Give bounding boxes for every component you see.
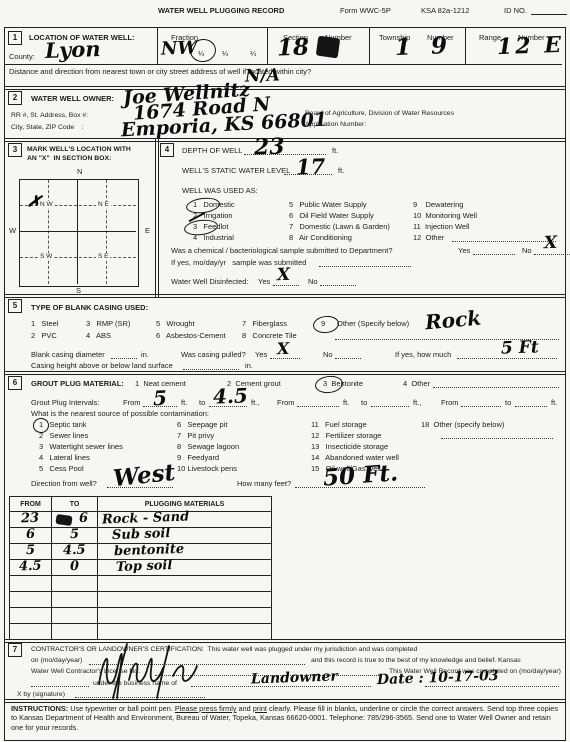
used-as-label: WELL WAS USED AS: [182, 187, 258, 195]
material-cell: Sub soil [112, 527, 171, 543]
casing-other-value: Rock [424, 308, 482, 333]
depth-value: 23 [254, 135, 285, 158]
table-row [10, 608, 272, 624]
contamination-item: 10 Livestock pens [177, 465, 237, 473]
use-item: 8 Air Conditioning [289, 234, 352, 242]
well-location-x-mark: ✗ [26, 193, 42, 212]
township-value: 1 9 [395, 34, 454, 59]
instructions-underlined2: print [253, 704, 267, 713]
contamination-item-other: 18 Other (specify below) [421, 421, 504, 429]
sample-question-label: Was a chemical / bacteriological sample … [171, 247, 393, 255]
interval-from-value: 5 [153, 388, 168, 408]
quarter-2: ¼ [222, 50, 228, 58]
material-cell: Top soil [116, 559, 173, 575]
section5-casing-box: 5 TYPE OF BLANK CASING USED: 1 Steel 3 R… [4, 294, 566, 375]
casing-diameter-label: Blank casing diameter [31, 351, 105, 359]
date-value: Date : 10-17-03 [377, 669, 499, 687]
grout-item: 4 Other [403, 380, 430, 388]
section-value: 18 [277, 35, 310, 59]
section3-location-mark-box: 3 MARK WELL'S LOCATION WITH AN "X" IN SE… [4, 138, 159, 298]
divider [157, 28, 158, 64]
county-label: County: [9, 53, 35, 61]
instructions-underlined1: Please press firmly [175, 704, 237, 713]
dotted-leader [425, 686, 559, 687]
disinfected-yes-x-mark: X [277, 267, 291, 284]
dotted-leader [270, 358, 300, 359]
casing-item: 1 Steel [31, 320, 59, 328]
certification-line2a: on (mo/day/year) [31, 657, 82, 664]
dotted-leader [433, 387, 559, 388]
section6-number: 6 [8, 376, 22, 390]
instructions-box: INSTRUCTIONS: Use typewriter or ball poi… [4, 699, 566, 741]
from-cell: 4.5 [19, 560, 42, 575]
use-item: 6 Oil Field Water Supply [289, 212, 374, 220]
from-cell: 23 [21, 512, 40, 527]
table-row: 5 4.5 bentonite [10, 544, 272, 560]
to-cell: 6 [79, 512, 89, 526]
from-label: From [277, 399, 295, 407]
sample-no-label: No [522, 247, 532, 255]
county-value: Lyon [45, 38, 101, 61]
dotted-leader [515, 406, 547, 407]
application-number-label: Application Number: [305, 121, 366, 128]
table-header-to: TO [52, 497, 98, 512]
use-item: 10 Monitoring Well [413, 212, 477, 220]
ft-comma-label: ft., [413, 399, 421, 407]
contamination-item: 2 Sewer lines [39, 432, 88, 440]
quadrant-sw-label: S W [38, 253, 54, 260]
direction-label: Direction from well? [31, 480, 97, 488]
casing-other-label: Other (Specify below) [337, 320, 409, 328]
form-title: WATER WELL PLUGGING RECORD [158, 7, 284, 15]
to-label: to [505, 399, 511, 407]
signature-scrawl [93, 640, 223, 700]
city-label: City, State, ZIP Code : [11, 124, 84, 131]
use-item: 11 Injection Well [413, 223, 469, 231]
agency-label: Board of Agriculture, Division of Water … [305, 110, 454, 117]
grid-dashed-line [48, 180, 49, 284]
ft-label: ft. [181, 399, 187, 407]
certification-line1: CONTRACTOR'S OR LANDOWNER'S CERTIFICATIO… [31, 646, 417, 653]
quarter-3: ¼ [250, 50, 256, 58]
dotted-leader [111, 358, 137, 359]
disinfected-label: Water Well Disinfected: [171, 278, 249, 286]
dotted-leader [183, 369, 239, 370]
section6-grout-box: 6 GROUT PLUG MATERIAL: 1 Neat cement 2 C… [4, 371, 566, 643]
business-name-value: Landowner [251, 669, 338, 686]
section6-title: GROUT PLUG MATERIAL: [31, 380, 124, 388]
pulled-yes-label: Yes [255, 351, 267, 359]
section4-well-data-box: 4 DEPTH OF WELL 23 ft. WELL'S STATIC WAT… [155, 138, 566, 298]
sample-yes-label: Yes [458, 247, 470, 255]
to-label: to [199, 399, 205, 407]
dotted-leader [461, 406, 501, 407]
contamination-item: 7 Pit privy [177, 432, 214, 440]
circle-annotation-fraction [189, 38, 218, 64]
quadrant-se-label: S E [96, 253, 110, 260]
pulled-yes-x-mark: X [277, 341, 290, 357]
instructions-mid: and [236, 704, 252, 713]
static-level-value: 17 [296, 155, 326, 177]
feet-value: 50 Ft. [322, 461, 398, 489]
instructions-label: INSTRUCTIONS: [11, 704, 68, 713]
dotted-leader [31, 686, 89, 687]
table-row [10, 592, 272, 608]
use-item: 12 Other [413, 234, 444, 242]
ft-comma-label: ft., [251, 399, 259, 407]
how-much-value: 5 Ft [501, 339, 539, 357]
dotted-leader [473, 254, 515, 255]
section1-number: 1 [8, 31, 22, 45]
contamination-item: 3 Watertight sewer lines [39, 443, 123, 451]
sample-no-x-mark: X [544, 235, 558, 252]
from-label: From [441, 399, 459, 407]
id-label: ID NO. [504, 7, 527, 15]
compass-north-label: N [77, 168, 82, 176]
table-header-from: FROM [10, 497, 52, 512]
casing-item: 2 PVC [31, 332, 57, 340]
casing-pulled-label: Was casing pulled? [181, 351, 246, 359]
interval-to-value: 4.5 [213, 385, 248, 406]
dotted-leader [441, 438, 553, 439]
how-much-label: If yes, how much [395, 351, 451, 359]
form-number: Form WWC-5P [340, 7, 391, 15]
from-label: From [123, 399, 141, 407]
dotted-leader [320, 285, 356, 286]
section4-number: 4 [160, 143, 174, 157]
material-cell: bentonite [114, 543, 185, 559]
section3-title-line2: AN "X" IN SECTION BOX: [27, 155, 111, 162]
casing-diameter-unit: in. [141, 351, 149, 359]
direction-value: West [112, 461, 176, 490]
from-cell: 6 [26, 528, 36, 542]
material-cell: Rock - Sand [102, 510, 190, 527]
casing-item: 4 ABS [86, 332, 111, 340]
water-well-plugging-record-form: WATER WELL PLUGGING RECORD Form WWC-5P K… [0, 0, 570, 742]
from-cell: 5 [26, 544, 36, 558]
section2-owner-box: 2 WATER WELL OWNER: RR #, St. Address, B… [4, 86, 566, 142]
dotted-leader [297, 406, 339, 407]
dotted-leader [534, 254, 570, 255]
distance-value: N/A [245, 67, 281, 85]
id-blank-line [531, 14, 567, 15]
casing-item: 7 Fiberglass [242, 320, 287, 328]
feet-label: How many feet? [237, 480, 291, 488]
signature-label: X by (signature) [17, 691, 65, 698]
scribble-annotation-section [316, 36, 341, 59]
section3-number: 3 [8, 143, 22, 157]
dotted-leader [452, 241, 556, 242]
plugging-materials-table: FROM TO PLUGGING MATERIALS 23 6 Rock - S… [9, 496, 272, 640]
contamination-item: 9 Feedyard [177, 454, 219, 462]
scribble-annotation-to-cell [55, 514, 72, 526]
casing-height-unit: in. [245, 362, 253, 370]
contamination-item: 6 Seepage pit [177, 421, 227, 429]
to-cell: 0 [70, 560, 80, 574]
ft-label: ft. [551, 399, 557, 407]
contamination-item: 13 Insecticide storage [311, 443, 388, 451]
dotted-leader [319, 266, 411, 267]
grid-dashed-line [106, 180, 107, 284]
use-item: 9 Dewatering [413, 201, 463, 209]
circle-annotation-bentonite [314, 374, 344, 394]
compass-east-label: E [145, 227, 150, 235]
use-item: 7 Domestic (Lawn & Garden) [289, 223, 390, 231]
section5-title: TYPE OF BLANK CASING USED: [31, 304, 148, 312]
contamination-item: 12 Fertilizer storage [311, 432, 381, 440]
section1-location-box: 1 LOCATION OF WATER WELL: County: Lyon F… [4, 27, 566, 90]
certification-line2b: and this record is true to the best of m… [311, 657, 521, 664]
contamination-item: 11 Fuel storage [311, 421, 367, 429]
contamination-label: What is the nearest source of possible c… [31, 410, 209, 418]
table-row [10, 624, 272, 640]
table-row: 4.5 0 Top soil [10, 560, 272, 576]
ft-label: ft. [343, 399, 349, 407]
static-level-label: WELL'S STATIC WATER LEVEL [182, 167, 290, 175]
casing-item: 6 Asbestos-Cement [156, 332, 226, 340]
address-label: RR #, St. Address, Box #: [11, 112, 88, 119]
table-row: 6 5 Sub soil [10, 528, 272, 544]
section3-title-line1: MARK WELL'S LOCATION WITH [27, 146, 131, 153]
disinfected-yes-label: Yes [258, 278, 270, 286]
divider [465, 28, 466, 64]
range-value: 12 E [497, 34, 565, 58]
grid-center-hline [20, 231, 136, 232]
owner-label: WATER WELL OWNER: [31, 95, 114, 103]
grid-center-vline [77, 180, 78, 284]
contamination-item: 4 Lateral lines [39, 454, 90, 462]
divider [267, 28, 268, 64]
disinfected-no-label: No [308, 278, 318, 286]
to-label: to [361, 399, 367, 407]
pulled-no-label: No [323, 351, 333, 359]
table-row [10, 576, 272, 592]
section7-certification-box: 7 CONTRACTOR'S OR LANDOWNER'S CERTIFICAT… [4, 639, 566, 703]
casing-item: 5 Wrought [156, 320, 195, 328]
statute-number: KSA 82a-1212 [421, 7, 469, 15]
static-level-unit: ft. [338, 167, 344, 175]
contamination-item: 5 Cess Pool [39, 465, 84, 473]
intervals-label: Grout Plug Intervals: [31, 399, 99, 407]
to-cell: 4.5 [63, 544, 86, 559]
table-row: 23 6 Rock - Sand [10, 512, 272, 528]
divider [5, 64, 562, 65]
dotted-leader [335, 358, 361, 359]
casing-height-label: Casing height above or below land surfac… [31, 362, 173, 370]
section2-number: 2 [8, 91, 22, 105]
divider [369, 28, 370, 64]
quadrant-ne-label: N E [96, 201, 111, 208]
compass-west-label: W [9, 227, 16, 235]
dotted-leader [371, 406, 409, 407]
depth-label: DEPTH OF WELL [182, 147, 242, 155]
to-cell: 5 [70, 528, 80, 542]
section-grid: N W N E S W S E ✗ [19, 179, 139, 287]
use-item: 5 Public Water Supply [289, 201, 367, 209]
contamination-item: 8 Sewage lagoon [177, 443, 239, 451]
casing-item: 3 RMP (SR) [86, 320, 130, 328]
section7-number: 7 [8, 643, 22, 657]
circle-annotation-other-casing [312, 314, 340, 334]
section5-number: 5 [8, 299, 22, 313]
depth-unit: ft. [332, 147, 338, 155]
instructions-part1: Use typewriter or ball point pen. [68, 704, 175, 713]
